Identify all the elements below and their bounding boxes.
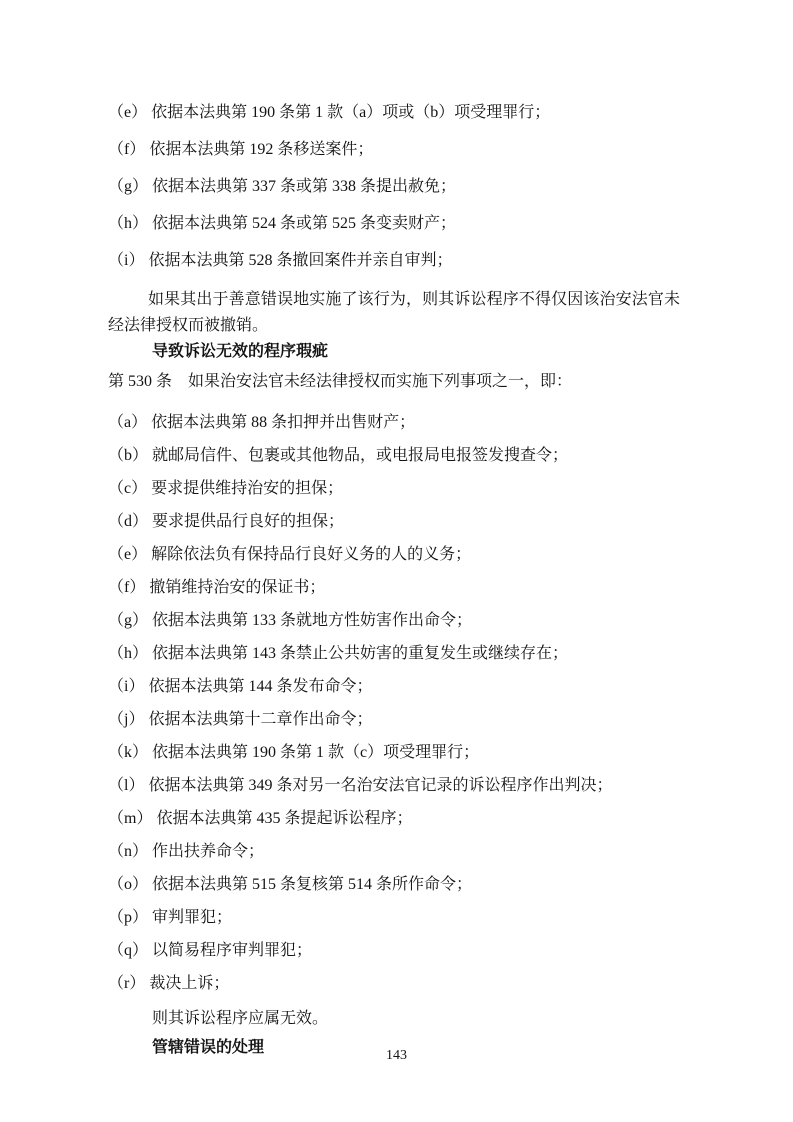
list-item: （k） 依据本法典第 190 条第 1 款（c）项受理罪行； (108, 742, 680, 763)
list-item: （e） 依据本法典第 190 条第 1 款（a）项或（b）项受理罪行； (108, 102, 680, 123)
list-item: （q） 以简易程序审判罪犯； (108, 940, 680, 961)
list-item: （g） 依据本法典第 133 条就地方性妨害作出命令； (108, 610, 680, 631)
list-item: （a） 依据本法典第 88 条扣押并出售财产； (108, 412, 680, 433)
paragraph-good-faith: 如果其出于善意错误地实施了该行为，则其诉讼程序不得仅因该治安法官未经法律授权而被… (108, 287, 680, 339)
clause-list-529: （e） 依据本法典第 190 条第 1 款（a）项或（b）项受理罪行； （f） … (108, 102, 680, 271)
list-item: （m） 依据本法典第 435 条提起诉讼程序； (108, 808, 680, 829)
list-item: （n） 作出扶养命令； (108, 841, 680, 862)
list-item: （d） 要求提供品行良好的担保； (108, 511, 680, 532)
list-item: （i） 依据本法典第 528 条撤回案件并亲自审判； (108, 250, 680, 271)
list-item: （b） 就邮局信件、包裹或其他物品，或电报局电报签发搜查令； (108, 445, 680, 466)
list-item: （f） 撤销维持治安的保证书； (108, 577, 680, 598)
list-item: （j） 依据本法典第十二章作出命令； (108, 709, 680, 730)
page-content: （e） 依据本法典第 190 条第 1 款（a）项或（b）项受理罪行； （f） … (108, 102, 680, 1061)
list-item: （e） 解除依法负有保持品行良好义务的人的义务； (108, 544, 680, 565)
list-item: （p） 审判罪犯； (108, 907, 680, 928)
list-item: （h） 依据本法典第 143 条禁止公共妨害的重复发生或继续存在； (108, 643, 680, 664)
list-item: （l） 依据本法典第 349 条对另一名治安法官记录的诉讼程序作出判决； (108, 775, 680, 796)
list-item: （h） 依据本法典第 524 条或第 525 条变卖财产； (108, 213, 680, 234)
list-item: （c） 要求提供维持治安的担保； (108, 478, 680, 499)
closing-line: 则其诉讼程序应属无效。 (108, 1006, 680, 1032)
list-item: （g） 依据本法典第 337 条或第 338 条提出赦免； (108, 176, 680, 197)
list-item: （o） 依据本法典第 515 条复核第 514 条所作命令； (108, 874, 680, 895)
list-item: （i） 依据本法典第 144 条发布命令； (108, 676, 680, 697)
document-page: （e） 依据本法典第 190 条第 1 款（a）项或（b）项受理罪行； （f） … (0, 0, 793, 1122)
list-item: （f） 依据本法典第 192 条移送案件； (108, 139, 680, 160)
statute-line-530: 第 530 条 如果治安法官未经法律授权而实施下列事项之一，即： (108, 369, 680, 395)
page-number: 143 (0, 1047, 793, 1065)
section-heading-irregular-proceedings: 导致诉讼无效的程序瑕疵 (108, 339, 680, 365)
list-item: （r） 裁决上诉； (108, 973, 680, 994)
clause-list-530: （a） 依据本法典第 88 条扣押并出售财产； （b） 就邮局信件、包裹或其他物… (108, 412, 680, 994)
